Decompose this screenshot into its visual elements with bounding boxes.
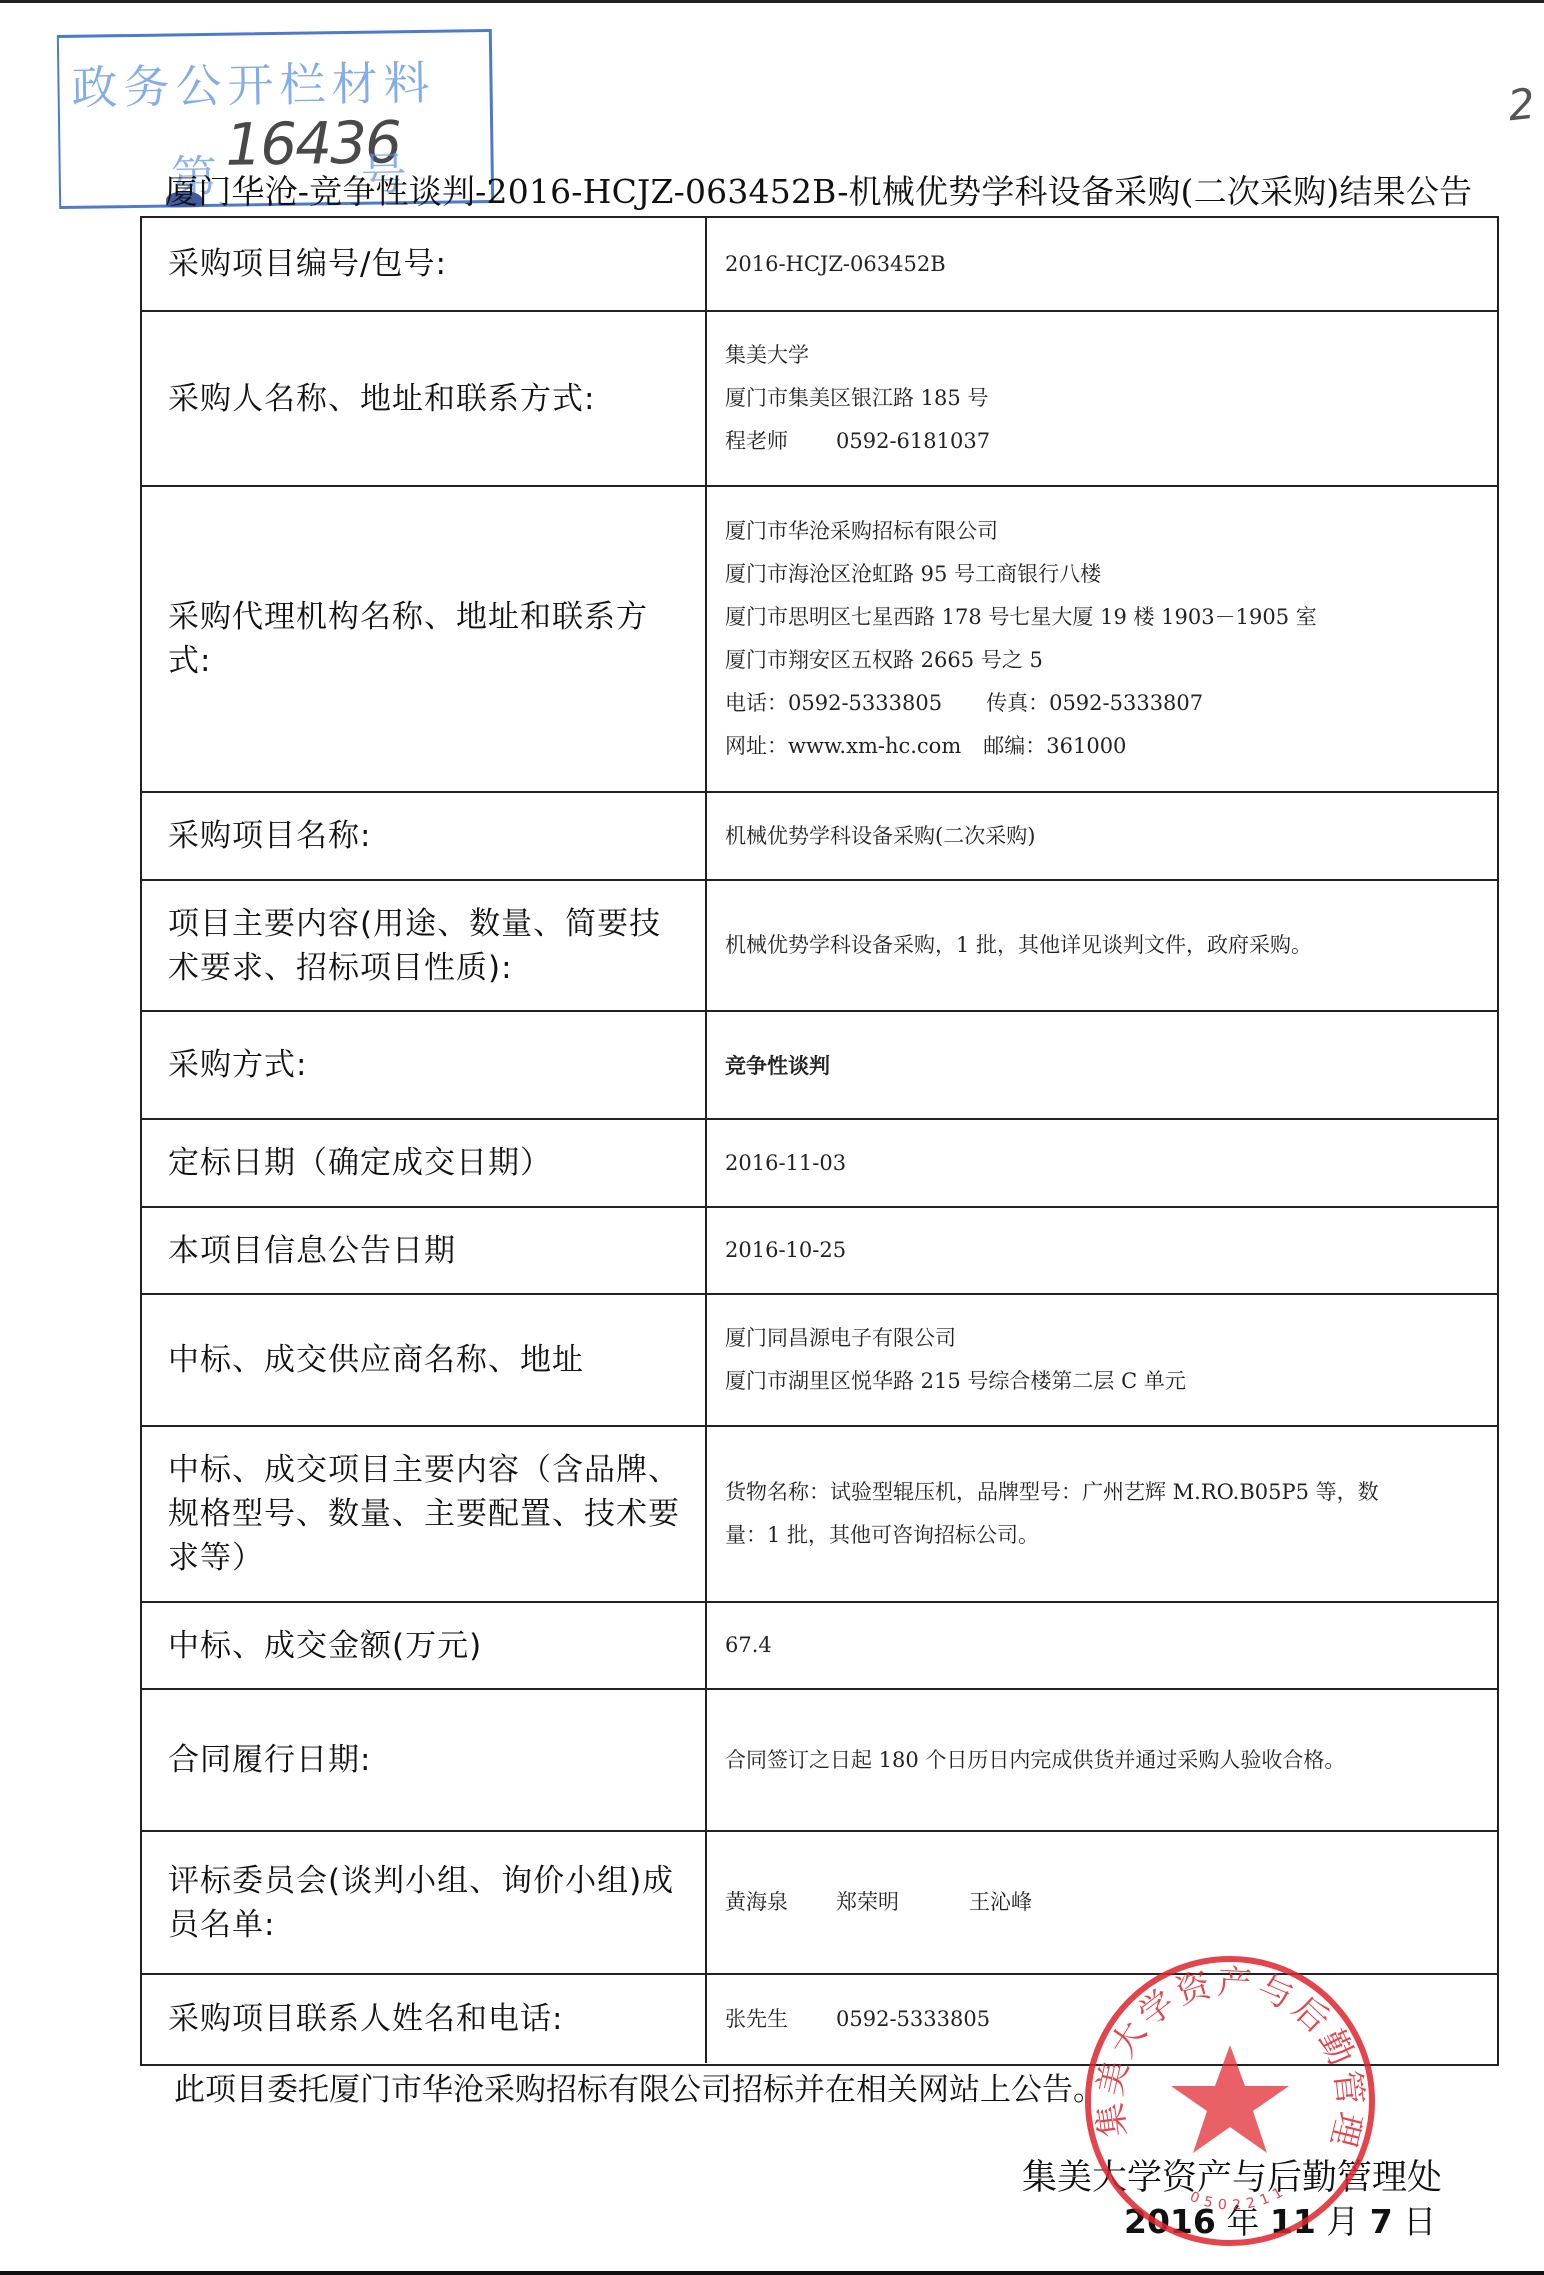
row-value: 67.4 bbox=[705, 1603, 1497, 1688]
date-month: 11 bbox=[1270, 2202, 1316, 2241]
fax-label: 传真： bbox=[986, 691, 1049, 715]
table-row-project-number: 采购项目编号/包号: 2016-HCJZ-063452B bbox=[142, 218, 1497, 310]
agency-address-1: 厦门市海沧区沧虹路 95 号工商银行八楼 bbox=[725, 553, 1477, 596]
row-value: 机械优势学科设备采购，1 批，其他详见谈判文件，政府采购。 bbox=[705, 881, 1497, 1010]
row-value: 2016-10-25 bbox=[705, 1208, 1497, 1293]
row-label: 评标委员会(谈判小组、询价小组)成员名单: bbox=[142, 1832, 705, 1973]
phone-label: 电话： bbox=[725, 691, 788, 715]
table-row-project-name: 采购项目名称: 机械优势学科设备采购(二次采购) bbox=[142, 791, 1497, 879]
project-name: 机械优势学科设备采购(二次采购) bbox=[725, 815, 1477, 858]
table-row-award-amount: 中标、成交金额(万元) 67.4 bbox=[142, 1601, 1497, 1688]
purchaser-contact-name: 程老师 bbox=[725, 429, 788, 453]
zip-label: 邮编： bbox=[983, 734, 1046, 758]
row-label: 采购代理机构名称、地址和联系方式: bbox=[142, 487, 705, 791]
purchaser-contact-phone: 0592-6181037 bbox=[836, 429, 990, 453]
row-value: 机械优势学科设备采购(二次采购) bbox=[705, 793, 1497, 879]
table-row-procurement-method: 采购方式: 竞争性谈判 bbox=[142, 1010, 1497, 1118]
row-value: 厦门同昌源电子有限公司 厦门市湖里区悦华路 215 号综合楼第二层 C 单元 bbox=[705, 1295, 1497, 1425]
date-day-unit: 日 bbox=[1403, 2202, 1436, 2241]
award-content-line-2: 量：1 批，其他可咨询招标公司。 bbox=[725, 1514, 1477, 1557]
agency-web-zip: 网址：www.xm-hc.com邮编：361000 bbox=[725, 725, 1477, 768]
table-row-award-content: 中标、成交项目主要内容（含品牌、规格型号、数量、主要配置、技术要求等） 货物名称… bbox=[142, 1425, 1497, 1601]
agency-name: 厦门市华沧采购招标有限公司 bbox=[725, 510, 1477, 553]
row-value: 竞争性谈判 bbox=[705, 1012, 1497, 1118]
procurement-result-table: 采购项目编号/包号: 2016-HCJZ-063452B 采购人名称、地址和联系… bbox=[140, 216, 1499, 2066]
agency-address-3: 厦门市翔安区五权路 2665 号之 5 bbox=[725, 639, 1477, 682]
row-value: 2016-11-03 bbox=[705, 1120, 1497, 1206]
announcement-date: 2016-10-25 bbox=[725, 1229, 1477, 1272]
award-date: 2016-11-03 bbox=[725, 1142, 1477, 1185]
row-value: 张先生0592-5333805 bbox=[705, 1975, 1497, 2063]
contact-name: 张先生 bbox=[725, 2007, 788, 2031]
footer-note: 此项目委托厦门市华沧采购招标有限公司招标并在相关网站上公告。 bbox=[174, 2064, 1104, 2109]
row-value: 货物名称：试验型辊压机，品牌型号：广州艺辉 M.RO.B05P5 等，数 量：1… bbox=[705, 1427, 1497, 1601]
web-label: 网址： bbox=[725, 734, 788, 758]
table-row-supplier: 中标、成交供应商名称、地址 厦门同昌源电子有限公司 厦门市湖里区悦华路 215 … bbox=[142, 1293, 1497, 1425]
award-content-line-1: 货物名称：试验型辊压机，品牌型号：广州艺辉 M.RO.B05P5 等，数 bbox=[725, 1471, 1477, 1514]
agency-website: www.xm-hc.com bbox=[788, 734, 961, 758]
agency-zip: 361000 bbox=[1046, 734, 1126, 758]
table-row-purchaser: 采购人名称、地址和联系方式: 集美大学 厦门市集美区银江路 185 号 程老师0… bbox=[142, 310, 1497, 485]
row-label: 中标、成交项目主要内容（含品牌、规格型号、数量、主要配置、技术要求等） bbox=[142, 1427, 705, 1601]
table-row-contact: 采购项目联系人姓名和电话: 张先生0592-5333805 bbox=[142, 1973, 1497, 2063]
row-label: 采购人名称、地址和联系方式: bbox=[142, 312, 705, 485]
table-row-announcement-date: 本项目信息公告日期 2016-10-25 bbox=[142, 1206, 1497, 1293]
scan-bottom-edge bbox=[0, 2271, 1544, 2275]
row-value: 合同签订之日起 180 个日历日内完成供货并通过采购人验收合格。 bbox=[705, 1690, 1497, 1830]
purchaser-contact: 程老师0592-6181037 bbox=[725, 420, 1477, 463]
purchaser-name: 集美大学 bbox=[725, 334, 1477, 377]
committee-member: 王沁峰 bbox=[969, 1890, 1032, 1914]
date-year-unit: 年 bbox=[1226, 2202, 1259, 2241]
table-row-project-content: 项目主要内容(用途、数量、简要技术要求、招标项目性质): 机械优势学科设备采购，… bbox=[142, 879, 1497, 1010]
agency-address-2: 厦门市思明区七星西路 178 号七星大厦 19 楼 1903－1905 室 bbox=[725, 596, 1477, 639]
row-label: 采购方式: bbox=[142, 1012, 705, 1118]
signature-organization: 集美大学资产与后勤管理处 bbox=[1022, 2150, 1442, 2200]
row-label: 采购项目联系人姓名和电话: bbox=[142, 1975, 705, 2063]
date-year: 2016 bbox=[1124, 2202, 1216, 2241]
procurement-method: 竞争性谈判 bbox=[725, 1044, 1477, 1087]
table-row-agency: 采购代理机构名称、地址和联系方式: 厦门市华沧采购招标有限公司 厦门市海沧区沧虹… bbox=[142, 485, 1497, 791]
document-title: 厦门华沧-竞争性谈判-2016-HCJZ-063452B-机械优势学科设备采购(… bbox=[165, 166, 1472, 213]
award-amount: 67.4 bbox=[725, 1624, 1477, 1667]
project-contact: 张先生0592-5333805 bbox=[725, 1998, 1477, 2041]
handwritten-page-number: 2 bbox=[1506, 79, 1538, 131]
contact-phone: 0592-5333805 bbox=[836, 2007, 990, 2031]
table-row-committee: 评标委员会(谈判小组、询价小组)成员名单: 黄海泉郑荣明王沁峰 bbox=[142, 1830, 1497, 1973]
table-row-award-date: 定标日期（确定成交日期） 2016-11-03 bbox=[142, 1118, 1497, 1206]
contract-period: 合同签订之日起 180 个日历日内完成供货并通过采购人验收合格。 bbox=[725, 1739, 1477, 1782]
receipt-stamp-title: 政务公开栏材料 bbox=[71, 47, 436, 118]
committee-member: 黄海泉 bbox=[725, 1890, 788, 1914]
agency-fax: 0592-5333807 bbox=[1049, 691, 1203, 715]
project-content: 机械优势学科设备采购，1 批，其他详见谈判文件，政府采购。 bbox=[725, 924, 1477, 967]
row-label: 定标日期（确定成交日期） bbox=[142, 1120, 705, 1206]
row-label: 合同履行日期: bbox=[142, 1690, 705, 1830]
purchaser-address: 厦门市集美区银江路 185 号 bbox=[725, 377, 1477, 420]
signature-date: 2016 年 11 月 7 日 bbox=[1124, 2196, 1436, 2243]
row-label: 采购项目名称: bbox=[142, 793, 705, 879]
table-row-contract-period: 合同履行日期: 合同签订之日起 180 个日历日内完成供货并通过采购人验收合格。 bbox=[142, 1688, 1497, 1830]
row-value: 厦门市华沧采购招标有限公司 厦门市海沧区沧虹路 95 号工商银行八楼 厦门市思明… bbox=[705, 487, 1497, 791]
agency-phone: 0592-5333805 bbox=[788, 691, 942, 715]
row-label: 本项目信息公告日期 bbox=[142, 1208, 705, 1293]
row-value: 黄海泉郑荣明王沁峰 bbox=[705, 1832, 1497, 1973]
row-value: 2016-HCJZ-063452B bbox=[705, 218, 1497, 310]
row-label: 中标、成交金额(万元) bbox=[142, 1603, 705, 1688]
committee-members: 黄海泉郑荣明王沁峰 bbox=[725, 1881, 1477, 1924]
row-label: 中标、成交供应商名称、地址 bbox=[142, 1295, 705, 1425]
row-value: 集美大学 厦门市集美区银江路 185 号 程老师0592-6181037 bbox=[705, 312, 1497, 485]
supplier-address: 厦门市湖里区悦华路 215 号综合楼第二层 C 单元 bbox=[725, 1360, 1477, 1403]
committee-member: 郑荣明 bbox=[836, 1890, 899, 1914]
agency-phone-fax: 电话：0592-5333805传真：0592-5333807 bbox=[725, 682, 1477, 725]
scan-top-edge bbox=[0, 0, 1544, 3]
supplier-name: 厦门同昌源电子有限公司 bbox=[725, 1317, 1477, 1360]
row-label: 项目主要内容(用途、数量、简要技术要求、招标项目性质): bbox=[142, 881, 705, 1010]
project-number: 2016-HCJZ-063452B bbox=[725, 243, 1477, 286]
date-month-unit: 月 bbox=[1326, 2202, 1359, 2241]
date-day: 7 bbox=[1370, 2202, 1393, 2241]
row-label: 采购项目编号/包号: bbox=[142, 218, 705, 310]
